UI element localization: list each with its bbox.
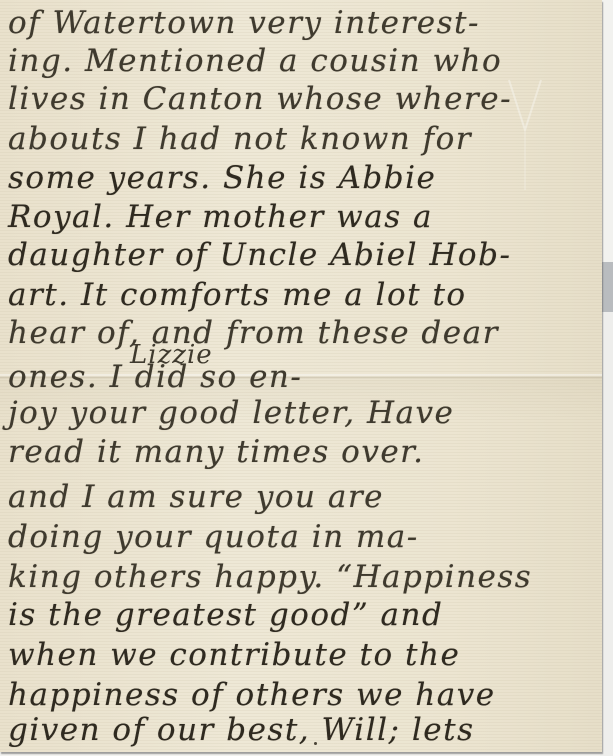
letter-line-16: is the greatest good” and bbox=[8, 600, 443, 631]
letter-line-1: of Watertown very interest- bbox=[8, 8, 480, 39]
letter-line-5: some years. She is Abbie bbox=[8, 163, 436, 194]
letter-line-7: daughter of Uncle Abiel Hob- bbox=[8, 240, 511, 271]
letter-line-6: Royal. Her mother was a bbox=[8, 202, 433, 233]
letter-line-15: king others happy. “Happiness bbox=[8, 562, 532, 593]
letter-line-19: given of our best, Will; lets bbox=[8, 715, 474, 746]
letter-line-17: when we contribute to the bbox=[8, 640, 460, 671]
letter-line-4: abouts I had not known for bbox=[8, 124, 472, 155]
letter-line-10: ones. I did so en- bbox=[8, 362, 302, 393]
letter-paper: of Watertown very interest- ing. Mention… bbox=[0, 0, 602, 752]
letter-line-12: read it many times over. bbox=[8, 437, 424, 468]
ink-speck bbox=[314, 742, 317, 745]
letter-line-8: art. It comforts me a lot to bbox=[8, 280, 467, 311]
letter-line-9: hear of, and from these dear bbox=[8, 318, 499, 349]
letter-line-18: happiness of others we have bbox=[8, 680, 496, 711]
letter-line-13: and I am sure you are bbox=[8, 482, 384, 513]
letter-line-14: doing your quota in ma- bbox=[8, 522, 419, 553]
letter-line-11: joy your good letter, Have bbox=[8, 398, 454, 429]
letter-line-3: lives in Canton whose where- bbox=[8, 84, 512, 115]
scanned-letter-page: of Watertown very interest- ing. Mention… bbox=[0, 0, 613, 756]
letter-line-2: ing. Mentioned a cousin who bbox=[8, 46, 502, 77]
